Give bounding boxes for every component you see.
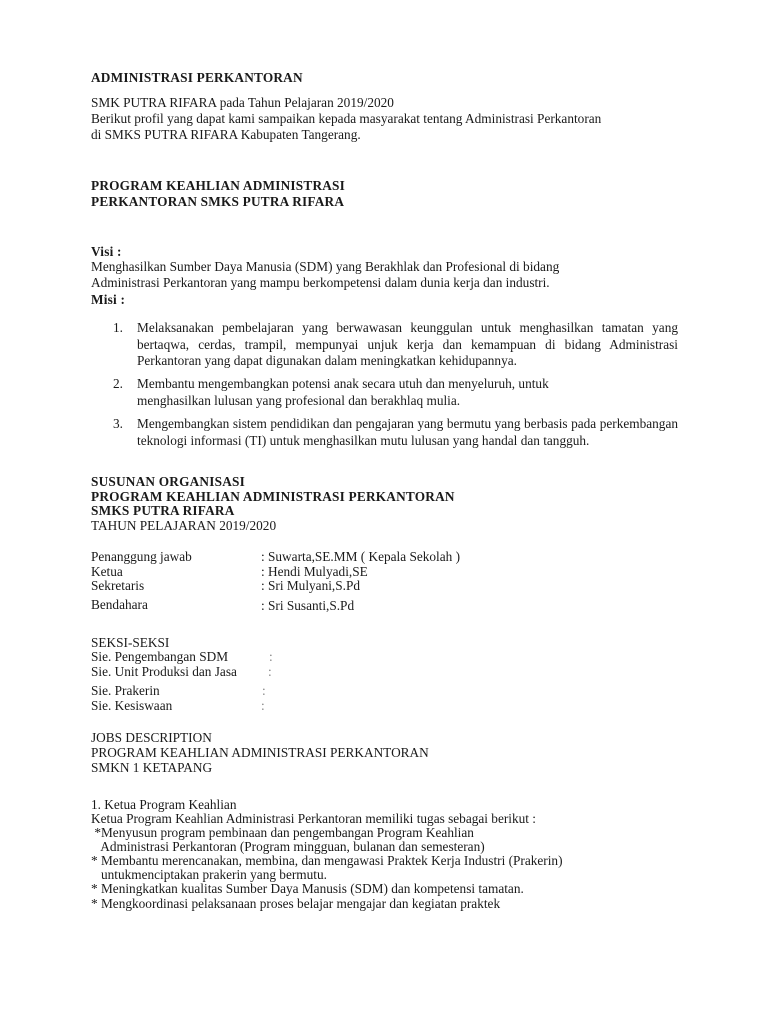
- program-heading-line-1: PROGRAM KEAHLIAN ADMINISTRASI: [91, 178, 345, 194]
- intro-line-3: di SMKS PUTRA RIFARA Kabupaten Tangerang…: [91, 127, 361, 143]
- misi-item-1-text: Melaksanakan pembelajaran yang berwawasa…: [137, 320, 678, 370]
- jobs-heading-3: SMKN 1 KETAPANG: [91, 760, 212, 776]
- seksi-item-1-label: Sie. Pengembangan SDM: [91, 649, 228, 665]
- member-name-1: : Suwarta,SE.MM ( Kepala Sekolah ): [261, 549, 460, 565]
- organisasi-heading-1: SUSUNAN ORGANISASI: [91, 474, 245, 490]
- document-page: ADMINISTRASI PERKANTORAN SMK PUTRA RIFAR…: [0, 0, 768, 1024]
- jobs-line-6: * Mengkoordinasi pelaksanaan proses bela…: [91, 896, 500, 912]
- member-name-4: : Sri Susanti,S.Pd: [261, 598, 354, 614]
- misi-item-2-number: 2.: [113, 376, 123, 392]
- jobs-heading-2: PROGRAM KEAHLIAN ADMINISTRASI PERKANTORA…: [91, 745, 429, 761]
- misi-item-2-text: Membantu mengembangkan potensi anak seca…: [137, 376, 607, 409]
- seksi-item-3-value: :: [262, 683, 266, 699]
- visi-line-2: Administrasi Perkantoran yang mampu berk…: [91, 275, 550, 291]
- organisasi-heading-4: TAHUN PELAJARAN 2019/2020: [91, 518, 276, 534]
- intro-line-2: Berikut profil yang dapat kami sampaikan…: [91, 111, 677, 127]
- misi-item-3-text: Mengembangkan sistem pendidikan dan peng…: [137, 416, 678, 449]
- seksi-item-1-value: :: [269, 649, 273, 665]
- member-role-1: Penanggung jawab: [91, 549, 192, 565]
- misi-item-1-number: 1.: [113, 320, 123, 336]
- seksi-item-2-label: Sie. Unit Produksi dan Jasa: [91, 664, 237, 680]
- jobs-heading-1: JOBS DESCRIPTION: [91, 730, 212, 746]
- seksi-item-4-label: Sie. Kesiswaan: [91, 698, 172, 714]
- document-title: ADMINISTRASI PERKANTORAN: [91, 70, 303, 86]
- jobs-line-5: * Meningkatkan kualitas Sumber Daya Manu…: [91, 881, 524, 897]
- misi-item-3-number: 3.: [113, 416, 123, 432]
- intro-line-1: SMK PUTRA RIFARA pada Tahun Pelajaran 20…: [91, 95, 394, 111]
- program-heading-line-2: PERKANTORAN SMKS PUTRA RIFARA: [91, 194, 344, 210]
- member-role-3: Sekretaris: [91, 578, 144, 594]
- seksi-item-4-value: :: [261, 698, 265, 714]
- seksi-item-3-label: Sie. Prakerin: [91, 683, 160, 699]
- organisasi-heading-3: SMKS PUTRA RIFARA: [91, 503, 235, 519]
- visi-line-1: Menghasilkan Sumber Daya Manusia (SDM) y…: [91, 259, 559, 275]
- member-name-3: : Sri Mulyani,S.Pd: [261, 578, 360, 594]
- visi-label: Visi :: [91, 244, 122, 260]
- misi-label: Misi :: [91, 292, 125, 308]
- seksi-item-2-value: :: [268, 664, 272, 680]
- member-role-4: Bendahara: [91, 597, 148, 613]
